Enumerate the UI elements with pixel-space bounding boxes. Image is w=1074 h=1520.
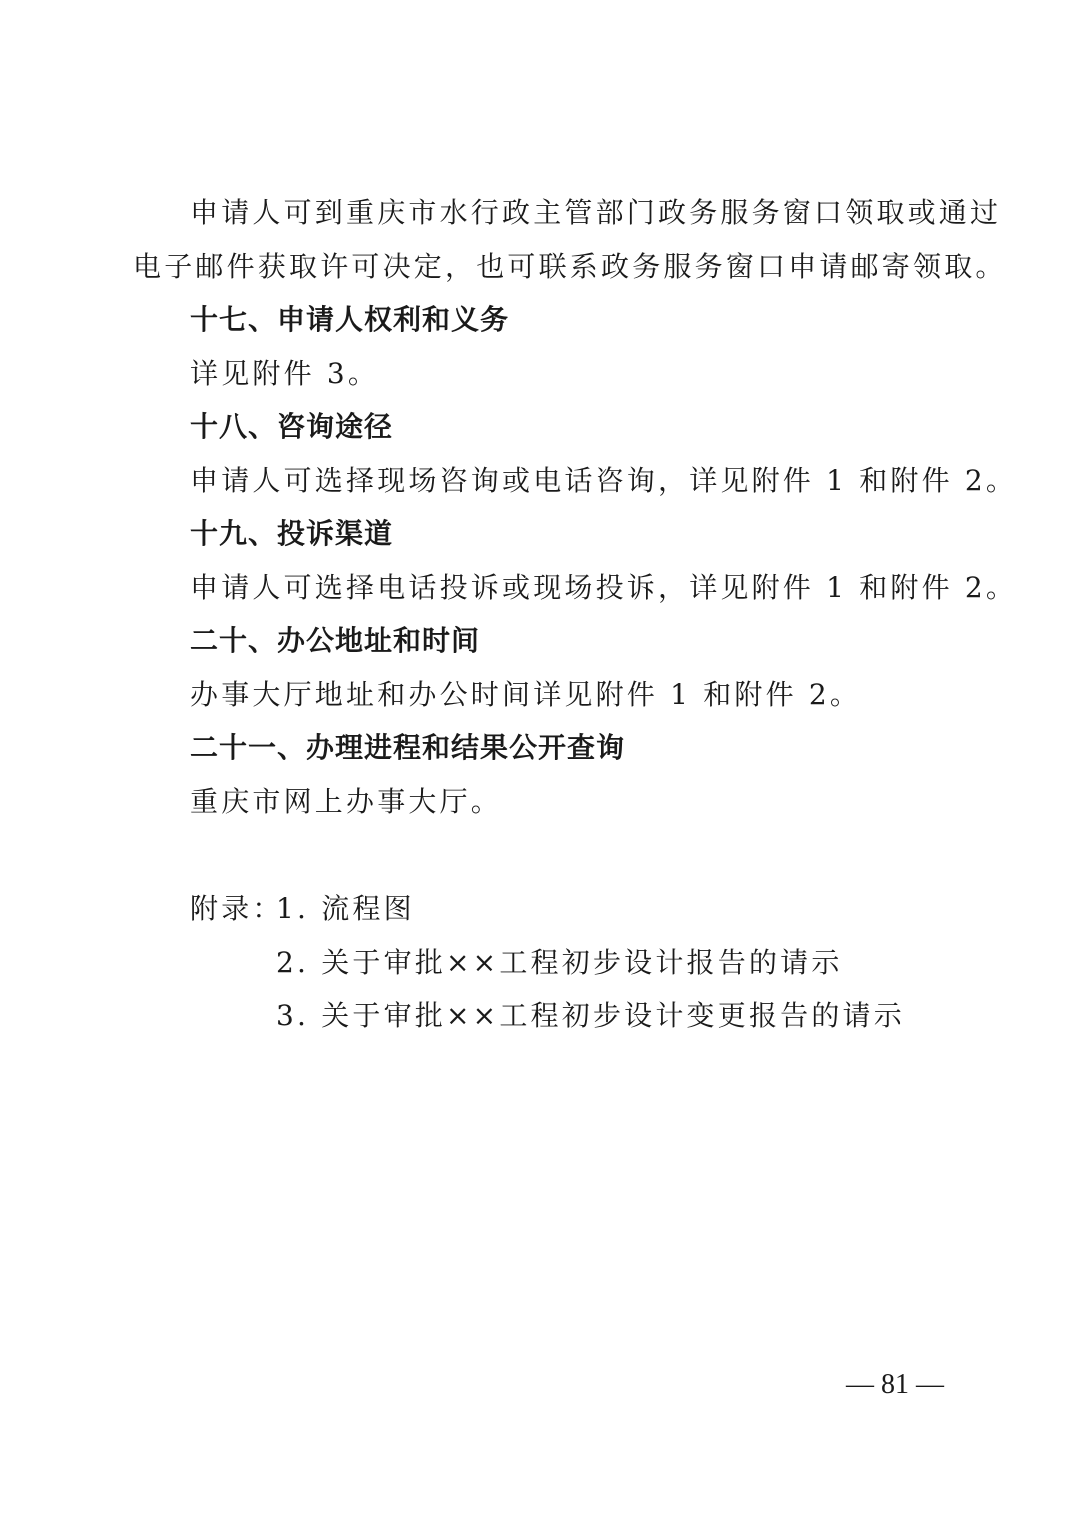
section-heading-17: 十七、申请人权利和义务	[190, 303, 509, 337]
body-paragraph: 申请人可选择电话投诉或现场投诉，详见附件 1 和附件 2。	[190, 571, 1017, 605]
body-paragraph: 详见附件 3。	[190, 357, 379, 391]
appendix-item: 2. 关于审批××工程初步设计报告的请示	[276, 946, 843, 980]
body-paragraph: 申请人可到重庆市水行政主管部门政务服务窗口领取或通过	[190, 196, 1001, 230]
section-heading-20: 二十、办公地址和时间	[190, 624, 480, 658]
page-number: — 81 —	[846, 1368, 944, 1402]
body-paragraph: 申请人可选择现场咨询或电话咨询，详见附件 1 和附件 2。	[190, 464, 1017, 498]
section-heading-19: 十九、投诉渠道	[190, 517, 393, 551]
body-paragraph: 重庆市网上办事大厅。	[190, 785, 502, 819]
body-paragraph: 电子邮件获取许可决定，也可联系政务服务窗口申请邮寄领取。	[133, 250, 1007, 284]
appendix-item: 1. 流程图	[276, 892, 415, 926]
section-heading-21: 二十一、办理进程和结果公开查询	[190, 731, 625, 765]
document-page: 申请人可到重庆市水行政主管部门政务服务窗口领取或通过 电子邮件获取许可决定，也可…	[0, 0, 1074, 1520]
section-heading-18: 十八、咨询途径	[190, 410, 393, 444]
appendix-label: 附录：	[190, 892, 284, 926]
appendix-item: 3. 关于审批××工程初步设计变更报告的请示	[276, 999, 905, 1033]
body-paragraph: 办事大厅地址和办公时间详见附件 1 和附件 2。	[190, 678, 861, 712]
